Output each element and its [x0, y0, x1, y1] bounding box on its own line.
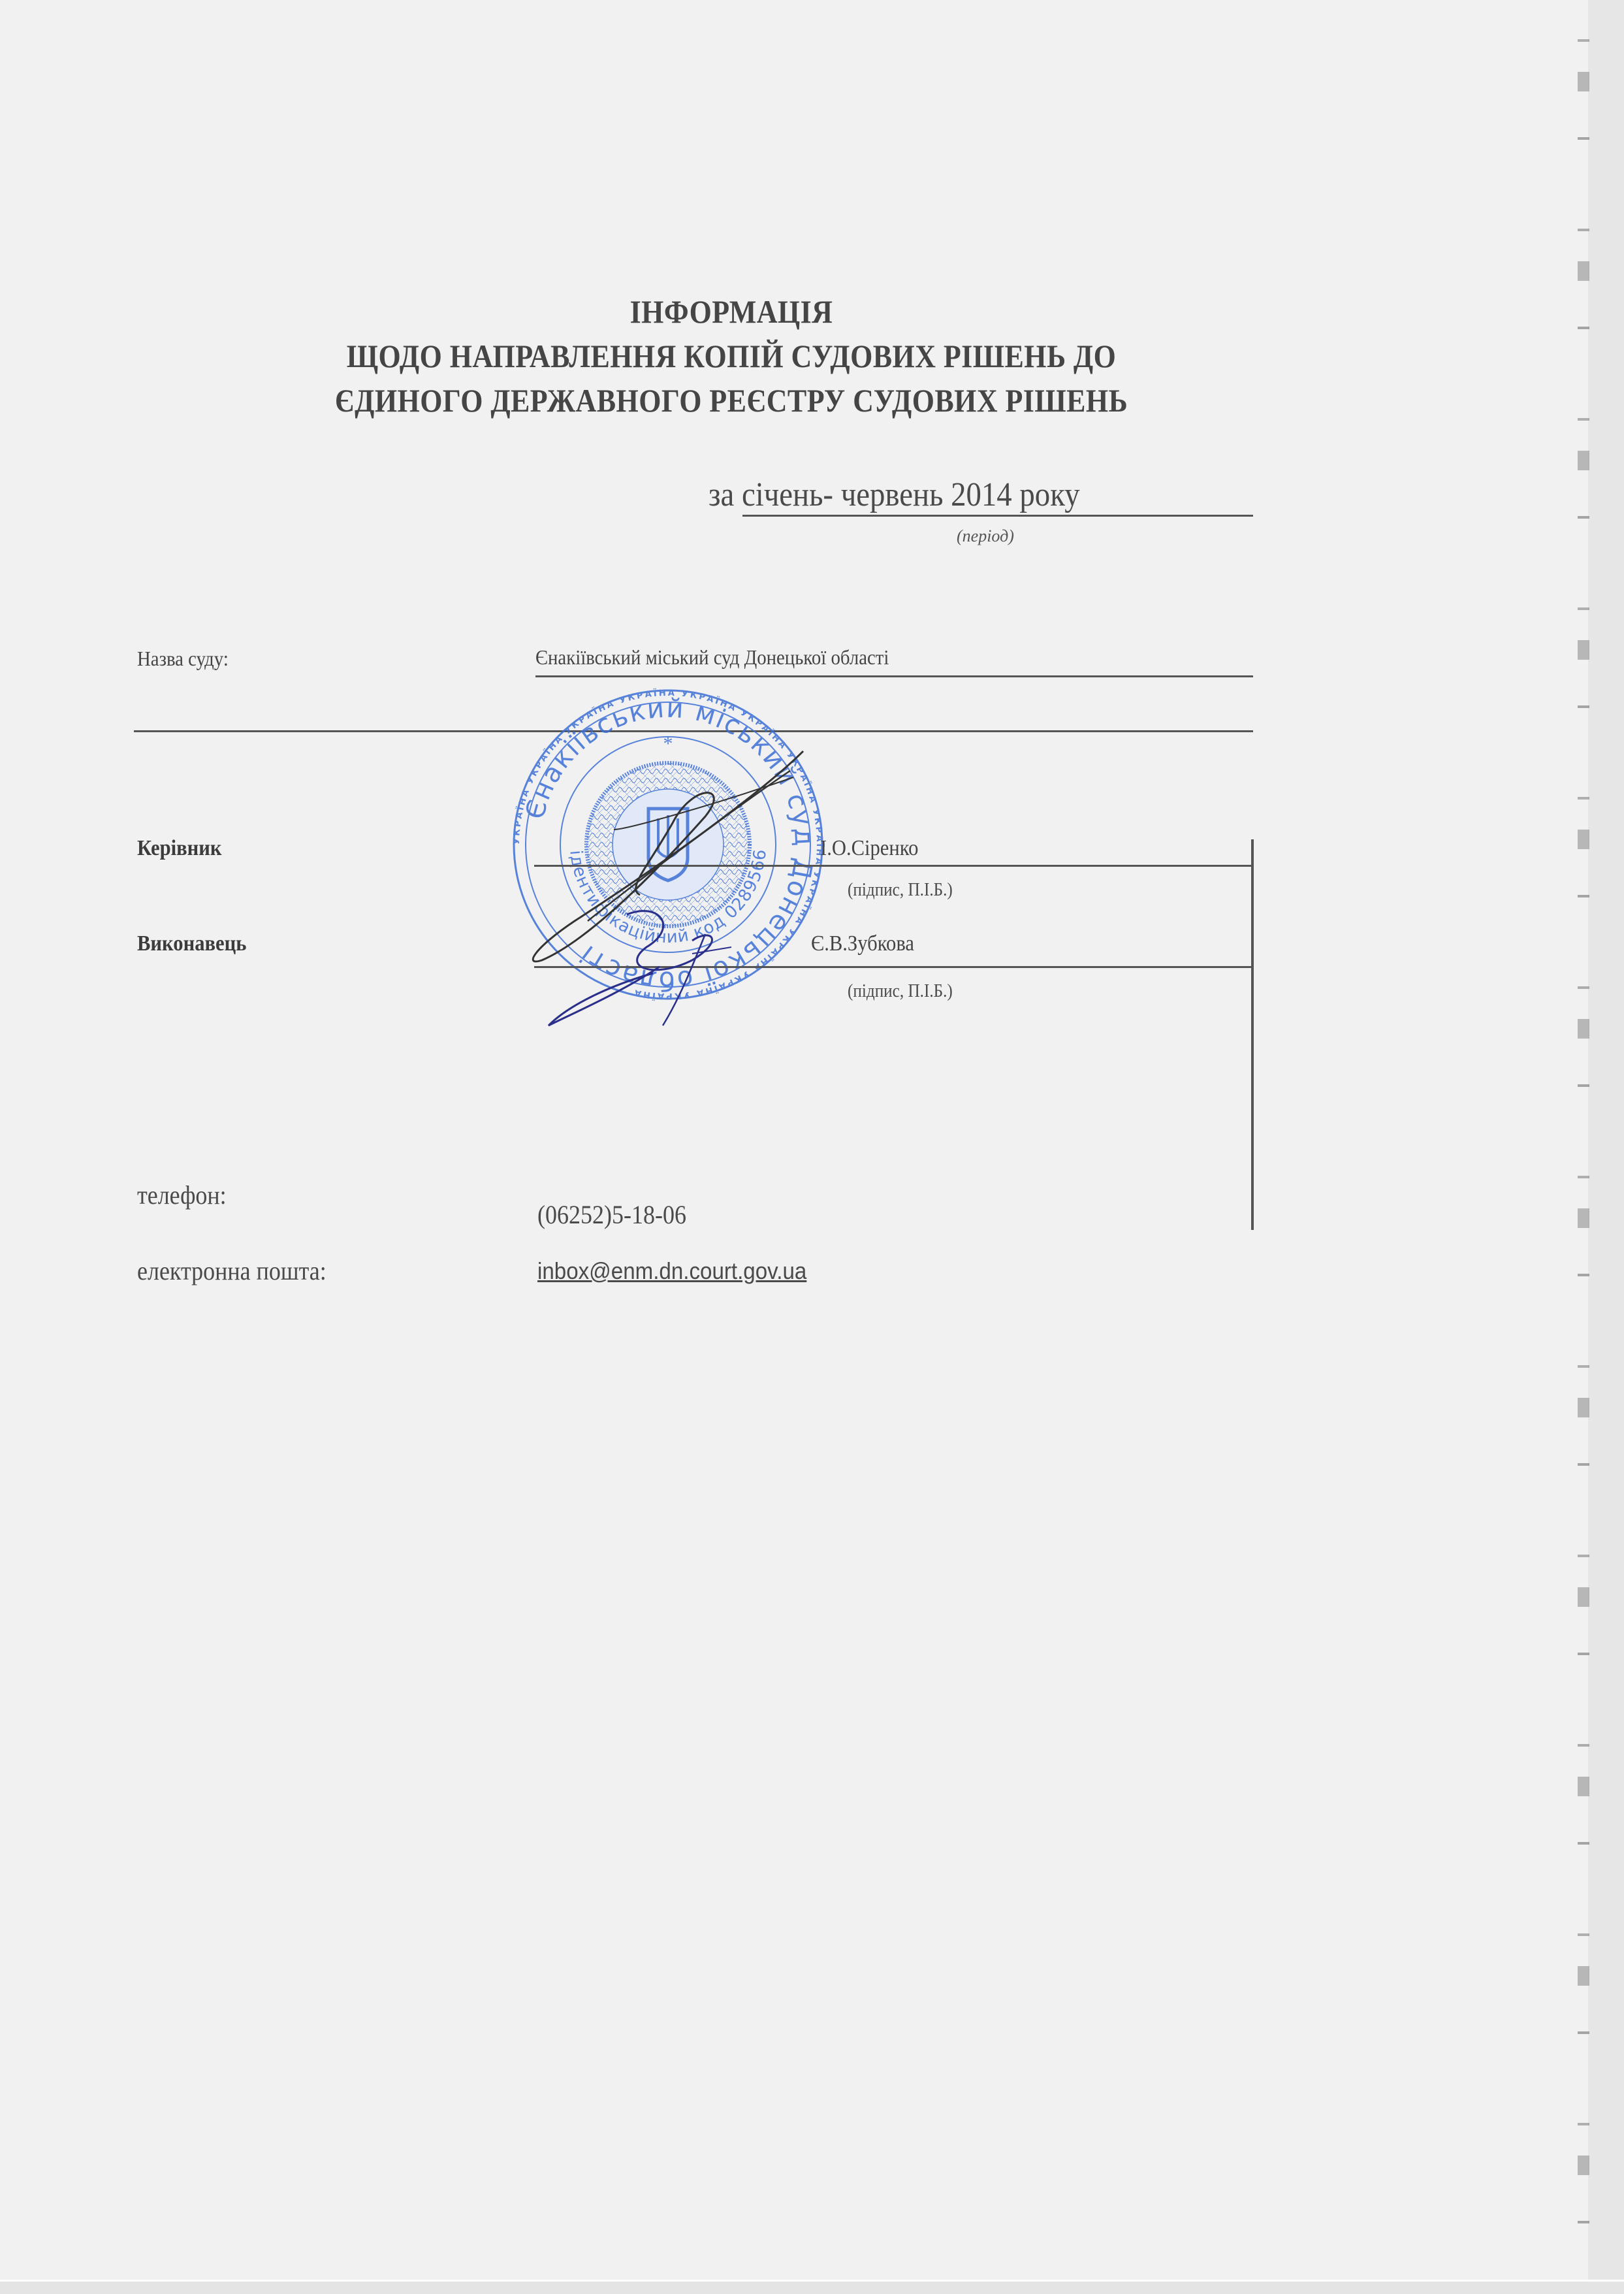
court-name-underline — [535, 675, 1253, 677]
signatory-name-head: І.О.Сіренко — [820, 836, 918, 861]
period-underline — [742, 515, 1253, 517]
title-line-3: ЄДИНОГО ДЕРЖАВНОГО РЕЄСТРУ СУДОВИХ РІШЕН… — [88, 384, 1375, 417]
signature-block-border — [1251, 839, 1254, 1230]
email-label: електронна пошта: — [137, 1255, 326, 1286]
court-name-label: Назва суду: — [137, 647, 229, 671]
title-line-2: ЩОДО НАПРАВЛЕННЯ КОПІЙ СУДОВИХ РІШЕНЬ ДО — [88, 340, 1375, 372]
title-line-1: ІНФОРМАЦІЯ — [88, 295, 1375, 328]
court-stamp: УКРАЇНА УКРАЇНА УКРАЇНА УКРАЇНА УКРАЇНА … — [508, 685, 828, 1005]
svg-text:*: * — [663, 733, 673, 754]
perforation-marks — [1578, 0, 1589, 2280]
phone-value: (06252)5-18-06 — [537, 1199, 686, 1230]
signature-line-head — [534, 865, 1252, 867]
signature-line-executor — [534, 966, 1252, 968]
scan-bottom-edge — [0, 2280, 1624, 2294]
signatory-caption-executor: (підпис, П.І.Б.) — [848, 981, 953, 1002]
period-value: за січень- червень 2014 року — [709, 476, 1080, 514]
scan-edge-strip — [1588, 0, 1624, 2294]
signatory-role-executor: Виконавець — [137, 931, 246, 956]
signatory-caption-head: (підпис, П.І.Б.) — [848, 880, 953, 901]
period-caption: (період) — [957, 526, 1014, 546]
signatory-role-head: Керівник — [137, 836, 222, 861]
signatory-name-executor: Є.В.Зубкова — [811, 931, 914, 956]
court-name-value: Єнакіївський міський суд Донецької облас… — [535, 645, 889, 670]
phone-label: телефон: — [137, 1180, 227, 1210]
email-link[interactable]: inbox@enm.dn.court.gov.ua — [537, 1257, 806, 1285]
